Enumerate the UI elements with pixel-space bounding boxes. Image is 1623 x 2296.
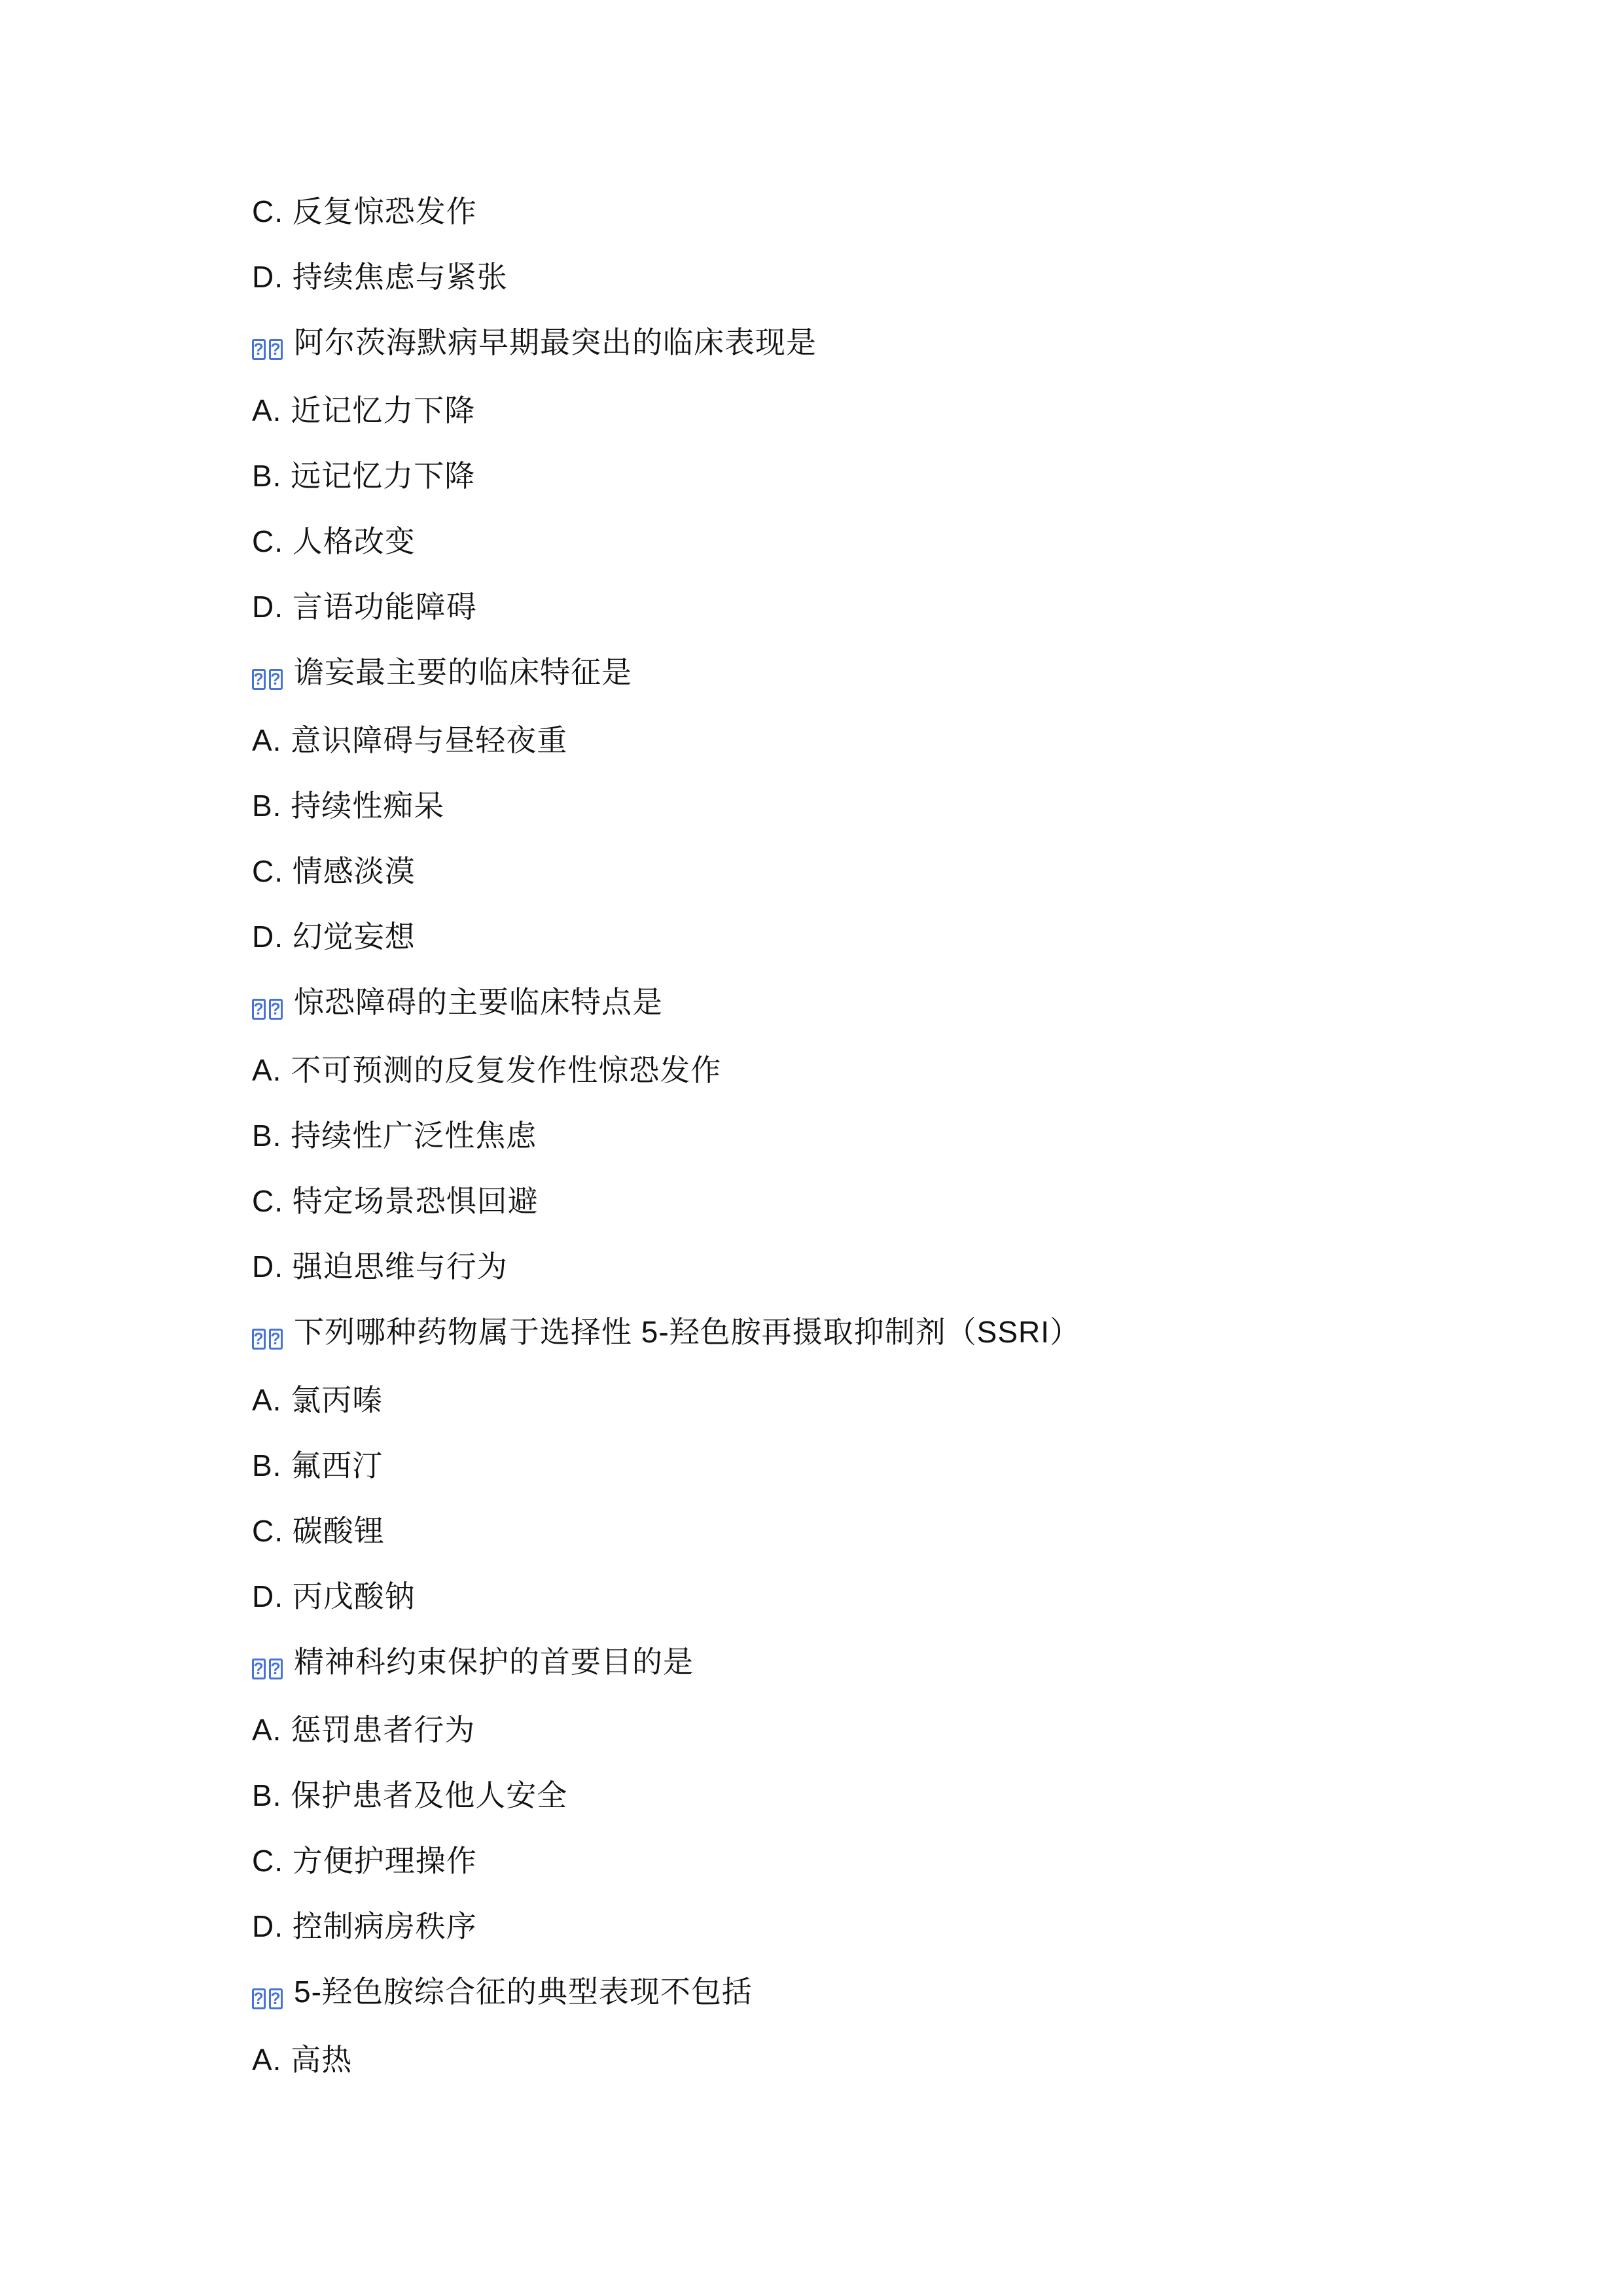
option-line: D. 丙戊酸钠 (252, 1581, 1508, 1611)
missing-glyph-icon: ? (269, 1988, 283, 2009)
question-line: ??下列哪种药物属于选择性 5-羟色胺再摄取抑制剂（SSRI） (252, 1317, 1508, 1350)
option-line: B. 保护患者及他人安全 (252, 1780, 1508, 1810)
option-line: D. 强迫思维与行为 (252, 1251, 1508, 1282)
missing-glyph-group: ?? (252, 999, 283, 1020)
question-text: 精神科约束保护的首要目的是 (294, 1645, 694, 1679)
option-text: A. 惩罚患者行为 (252, 1713, 475, 1747)
option-text: C. 反复惊恐发作 (252, 194, 477, 228)
missing-glyph-icon: ? (269, 339, 283, 360)
question-line: ??精神科约束保护的首要目的是 (252, 1647, 1508, 1679)
option-text: C. 人格改变 (252, 524, 416, 558)
question-text: 下列哪种药物属于选择性 5-羟色胺再摄取抑制剂（SSRI） (294, 1315, 1080, 1349)
option-line: C. 特定场景恐惧回避 (252, 1186, 1508, 1216)
question-text: 5-羟色胺综合征的典型表现不包括 (294, 1975, 753, 2009)
option-text: D. 言语功能障碍 (252, 590, 477, 624)
option-text: C. 碳酸锂 (252, 1514, 385, 1548)
option-line: D. 言语功能障碍 (252, 592, 1508, 622)
missing-glyph-icon: ? (252, 1988, 266, 2009)
option-text: B. 持续性痴呆 (252, 789, 444, 823)
option-text: A. 近记忆力下降 (252, 393, 475, 427)
option-line: C. 碳酸锂 (252, 1516, 1508, 1546)
option-text: D. 强迫思维与行为 (252, 1249, 508, 1283)
option-line: A. 意识障碍与昼轻夜重 (252, 725, 1508, 755)
missing-glyph-icon: ? (269, 1329, 283, 1350)
option-line: B. 持续性广泛性焦虑 (252, 1121, 1508, 1151)
question-line: ??惊恐障碍的主要临床特点是 (252, 987, 1508, 1020)
document-page: C. 反复惊恐发作D. 持续焦虑与紧张??阿尔茨海默病早期最突出的临床表现是A.… (0, 0, 1623, 2296)
option-text: C. 方便护理操作 (252, 1844, 477, 1878)
question-line: ??谵妄最主要的临床特征是 (252, 657, 1508, 690)
option-line: C. 反复惊恐发作 (252, 196, 1508, 226)
question-line: ??阿尔茨海默病早期最突出的临床表现是 (252, 327, 1508, 360)
option-text: D. 丙戊酸钠 (252, 1579, 416, 1613)
option-line: B. 持续性痴呆 (252, 791, 1508, 821)
question-text: 谵妄最主要的临床特征是 (294, 655, 632, 689)
option-text: A. 高热 (252, 2043, 352, 2077)
missing-glyph-icon: ? (252, 1659, 266, 1679)
missing-glyph-icon: ? (269, 999, 283, 1020)
option-line: C. 方便护理操作 (252, 1846, 1508, 1876)
option-text: D. 幻觉妄想 (252, 920, 416, 954)
option-text: C. 情感淡漠 (252, 854, 416, 888)
missing-glyph-icon: ? (252, 999, 266, 1020)
option-text: D. 持续焦虑与紧张 (252, 260, 508, 294)
option-line: A. 近记忆力下降 (252, 395, 1508, 425)
missing-glyph-icon: ? (269, 1659, 283, 1679)
missing-glyph-icon: ? (252, 1329, 266, 1350)
missing-glyph-group: ?? (252, 669, 283, 690)
option-text: B. 氟西汀 (252, 1448, 383, 1482)
missing-glyph-group: ?? (252, 1329, 283, 1350)
missing-glyph-group: ?? (252, 339, 283, 360)
option-line: D. 幻觉妄想 (252, 922, 1508, 952)
option-text: B. 远记忆力下降 (252, 459, 475, 493)
question-text: 阿尔茨海默病早期最突出的临床表现是 (294, 325, 817, 359)
option-text: D. 控制病房秩序 (252, 1909, 477, 1943)
option-line: A. 惩罚患者行为 (252, 1715, 1508, 1745)
option-text: B. 保护患者及他人安全 (252, 1778, 567, 1812)
option-line: D. 控制病房秩序 (252, 1911, 1508, 1941)
option-line: C. 情感淡漠 (252, 856, 1508, 886)
option-line: D. 持续焦虑与紧张 (252, 262, 1508, 292)
option-line: A. 高热 (252, 2045, 1508, 2075)
option-line: B. 氟西汀 (252, 1450, 1508, 1480)
option-line: C. 人格改变 (252, 526, 1508, 556)
missing-glyph-group: ?? (252, 1988, 283, 2009)
question-list: C. 反复惊恐发作D. 持续焦虑与紧张??阿尔茨海默病早期最突出的临床表现是A.… (252, 196, 1508, 2110)
missing-glyph-icon: ? (252, 669, 266, 690)
question-text: 惊恐障碍的主要临床特点是 (294, 985, 663, 1019)
question-line: ??5-羟色胺综合征的典型表现不包括 (252, 1977, 1508, 2009)
missing-glyph-icon: ? (252, 339, 266, 360)
option-text: A. 意识障碍与昼轻夜重 (252, 723, 567, 757)
option-text: A. 不可预测的反复发作性惊恐发作 (252, 1053, 721, 1087)
option-line: A. 不可预测的反复发作性惊恐发作 (252, 1055, 1508, 1085)
missing-glyph-icon: ? (269, 669, 283, 690)
option-text: C. 特定场景恐惧回避 (252, 1184, 539, 1218)
option-text: A. 氯丙嗪 (252, 1383, 383, 1417)
option-text: B. 持续性广泛性焦虑 (252, 1119, 537, 1153)
option-line: A. 氯丙嗪 (252, 1385, 1508, 1415)
missing-glyph-group: ?? (252, 1659, 283, 1679)
option-line: B. 远记忆力下降 (252, 461, 1508, 491)
